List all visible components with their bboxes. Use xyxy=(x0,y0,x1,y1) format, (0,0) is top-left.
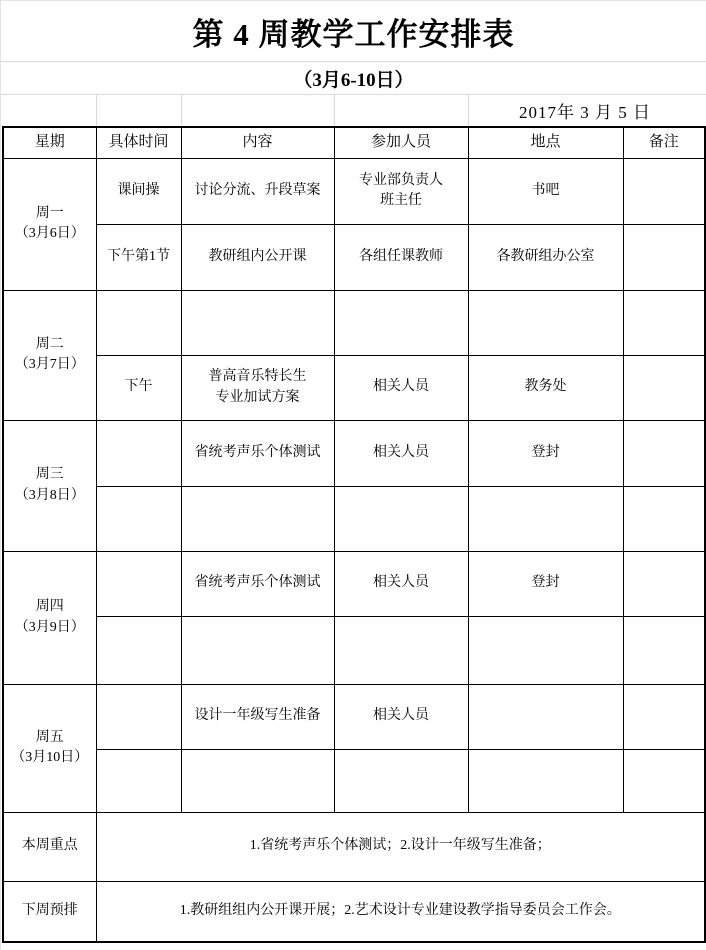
note-cell xyxy=(623,616,705,684)
gridline-vertical xyxy=(96,95,97,126)
location-cell xyxy=(468,290,623,355)
content-cell: 省统考声乐个体测试 xyxy=(181,420,334,486)
gridline-vertical xyxy=(181,95,182,126)
content-cell: 普高音乐特长生 专业加试方案 xyxy=(181,355,334,420)
col-header-time: 具体时间 xyxy=(96,127,181,158)
participants-cell: 相关人员 xyxy=(334,355,468,420)
time-cell: 课间操 xyxy=(96,158,181,224)
col-header-note: 备注 xyxy=(623,127,705,158)
table-row xyxy=(3,486,705,551)
participants-cell: 相关人员 xyxy=(334,420,468,486)
participants-cell xyxy=(334,749,468,812)
time-cell: 下午 xyxy=(96,355,181,420)
summary-row: 本周重点 1.省统考声乐个体测试；2.设计一年级写生准备； xyxy=(3,812,705,881)
content-cell: 省统考声乐个体测试 xyxy=(181,551,334,616)
time-cell xyxy=(96,551,181,616)
time-cell: 下午第1节 xyxy=(96,224,181,290)
header-row: 星期 具体时间 内容 参加人员 地点 备注 xyxy=(3,127,705,158)
content-cell: 讨论分流、升段草案 xyxy=(181,158,334,224)
time-cell xyxy=(96,749,181,812)
participants-cell xyxy=(334,486,468,551)
table-row: 下午 普高音乐特长生 专业加试方案 相关人员 教务处 xyxy=(3,355,705,420)
date-range-subtitle: （3月6-10日） xyxy=(1,62,706,95)
table-row: 周二 （3月7日） xyxy=(3,290,705,355)
date-row: 2017年 3 月 5 日 xyxy=(1,95,706,126)
note-cell xyxy=(623,486,705,551)
note-cell xyxy=(623,749,705,812)
table-row: 周四 （3月9日） 省统考声乐个体测试 相关人员 登封 xyxy=(3,551,705,616)
time-cell xyxy=(96,290,181,355)
summary-label: 下周预排 xyxy=(3,881,96,942)
time-cell xyxy=(96,616,181,684)
col-header-participants: 参加人员 xyxy=(334,127,468,158)
schedule-sheet: 第 4 周教学工作安排表 （3月6-10日） 2017年 3 月 5 日 星期 … xyxy=(0,0,706,950)
location-cell: 教务处 xyxy=(468,355,623,420)
col-header-content: 内容 xyxy=(181,127,334,158)
participants-cell: 各组任课教师 xyxy=(334,224,468,290)
location-cell xyxy=(468,684,623,749)
participants-cell: 相关人员 xyxy=(334,551,468,616)
content-cell xyxy=(181,616,334,684)
time-cell xyxy=(96,684,181,749)
participants-cell: 相关人员 xyxy=(334,684,468,749)
time-cell xyxy=(96,420,181,486)
note-cell xyxy=(623,684,705,749)
summary-label: 本周重点 xyxy=(3,812,96,881)
col-header-weekday: 星期 xyxy=(3,127,96,158)
gridline-vertical xyxy=(334,95,335,126)
day-cell: 周五 （3月10日） xyxy=(3,684,96,812)
table-row xyxy=(3,749,705,812)
table-row: 周三 （3月8日） 省统考声乐个体测试 相关人员 登封 xyxy=(3,420,705,486)
content-cell xyxy=(181,290,334,355)
location-cell: 登封 xyxy=(468,420,623,486)
content-cell: 教研组内公开课 xyxy=(181,224,334,290)
note-cell xyxy=(623,290,705,355)
location-cell xyxy=(468,616,623,684)
schedule-table: 星期 具体时间 内容 参加人员 地点 备注 周一 （3月6日） 课间操 讨论分流… xyxy=(2,126,706,943)
participants-cell xyxy=(334,616,468,684)
table-row: 周五 （3月10日） 设计一年级写生准备 相关人员 xyxy=(3,684,705,749)
participants-cell: 专业部负责人 班主任 xyxy=(334,158,468,224)
table-row: 周一 （3月6日） 课间操 讨论分流、升段草案 专业部负责人 班主任 书吧 xyxy=(3,158,705,224)
issue-date: 2017年 3 月 5 日 xyxy=(468,95,702,126)
day-cell: 周四 （3月9日） xyxy=(3,551,96,684)
location-cell xyxy=(468,486,623,551)
note-cell xyxy=(623,158,705,224)
note-cell xyxy=(623,224,705,290)
participants-cell xyxy=(334,290,468,355)
content-cell xyxy=(181,486,334,551)
content-cell xyxy=(181,749,334,812)
time-cell xyxy=(96,486,181,551)
note-cell xyxy=(623,420,705,486)
day-cell: 周三 （3月8日） xyxy=(3,420,96,551)
note-cell xyxy=(623,355,705,420)
summary-content: 1.教研组组内公开课开展；2.艺术设计专业建设教学指导委员会工作会。 xyxy=(96,881,705,942)
summary-row: 下周预排 1.教研组组内公开课开展；2.艺术设计专业建设教学指导委员会工作会。 xyxy=(3,881,705,942)
location-cell: 登封 xyxy=(468,551,623,616)
col-header-location: 地点 xyxy=(468,127,623,158)
day-cell: 周一 （3月6日） xyxy=(3,158,96,290)
location-cell: 各教研组办公室 xyxy=(468,224,623,290)
page-title: 第 4 周教学工作安排表 xyxy=(1,1,706,62)
day-cell: 周二 （3月7日） xyxy=(3,290,96,420)
location-cell: 书吧 xyxy=(468,158,623,224)
table-row: 下午第1节 教研组内公开课 各组任课教师 各教研组办公室 xyxy=(3,224,705,290)
table-row xyxy=(3,616,705,684)
note-cell xyxy=(623,551,705,616)
content-cell: 设计一年级写生准备 xyxy=(181,684,334,749)
summary-content: 1.省统考声乐个体测试；2.设计一年级写生准备； xyxy=(96,812,705,881)
location-cell xyxy=(468,749,623,812)
